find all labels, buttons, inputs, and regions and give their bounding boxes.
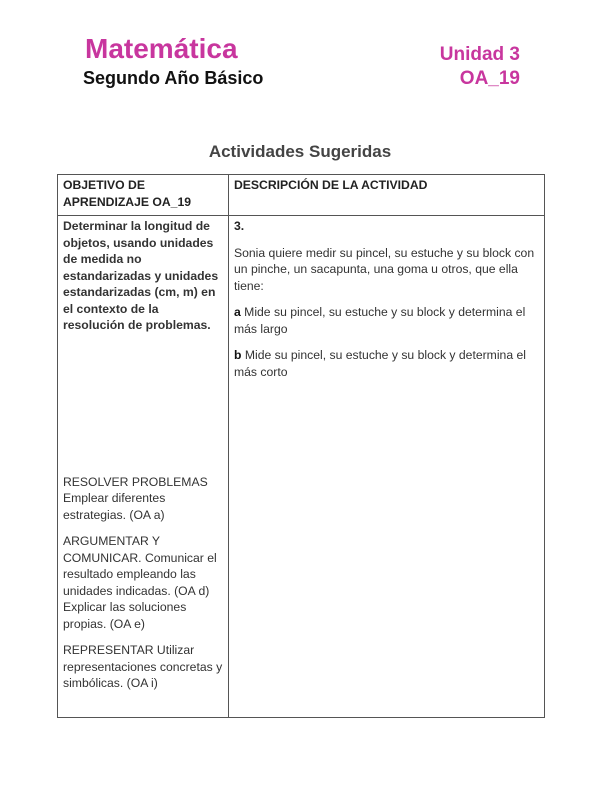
skill-item: REPRESENTAR Utilizar representaciones co… — [63, 642, 223, 692]
activity-intro: Sonia quiere medir su pincel, su estuche… — [234, 245, 539, 295]
table-header-row: OBJETIVO DE APRENDIZAJE OA_19 DESCRIPCIÓ… — [58, 175, 545, 216]
skill-item: ARGUMENTAR Y COMUNICAR. Comunicar el res… — [63, 533, 223, 632]
skill-item: RESOLVER PROBLEMAS Emplear diferentes es… — [63, 474, 223, 524]
description-cell: 3. Sonia quiere medir su pincel, su estu… — [229, 216, 545, 718]
activity-table: OBJETIVO DE APRENDIZAJE OA_19 DESCRIPCIÓ… — [57, 174, 545, 718]
item-text: Mide su pincel, su estuche y su block y … — [234, 305, 525, 336]
section-title: Actividades Sugeridas — [0, 142, 600, 162]
skill-name: REPRESENTAR — [63, 643, 154, 657]
objective-code: OA_19 — [460, 68, 520, 90]
skill-text: Emplear diferentes estrategias. (OA a) — [63, 491, 165, 522]
grade-level: Segundo Año Básico — [83, 68, 263, 89]
objective-header: OBJETIVO DE APRENDIZAJE OA_19 — [58, 175, 229, 216]
objective-cell: Determinar la longitud de objetos, usand… — [58, 216, 229, 718]
subject-title: Matemática — [85, 33, 238, 65]
item-label: a — [234, 305, 241, 319]
item-text: Mide su pincel, su estuche y su block y … — [234, 348, 526, 379]
objective-text: Determinar la longitud de objetos, usand… — [63, 218, 223, 334]
table-row: Determinar la longitud de objetos, usand… — [58, 216, 545, 718]
description-header: DESCRIPCIÓN DE LA ACTIVIDAD — [229, 175, 545, 216]
activity-item-a: a Mide su pincel, su estuche y su block … — [234, 304, 539, 337]
skill-name: RESOLVER PROBLEMAS — [63, 475, 208, 489]
item-label: b — [234, 348, 241, 362]
activity-item-b: b Mide su pincel, su estuche y su block … — [234, 347, 539, 380]
skills-list: RESOLVER PROBLEMAS Emplear diferentes es… — [63, 474, 223, 692]
activity-number: 3. — [234, 218, 539, 235]
unit-label: Unidad 3 — [440, 44, 520, 66]
